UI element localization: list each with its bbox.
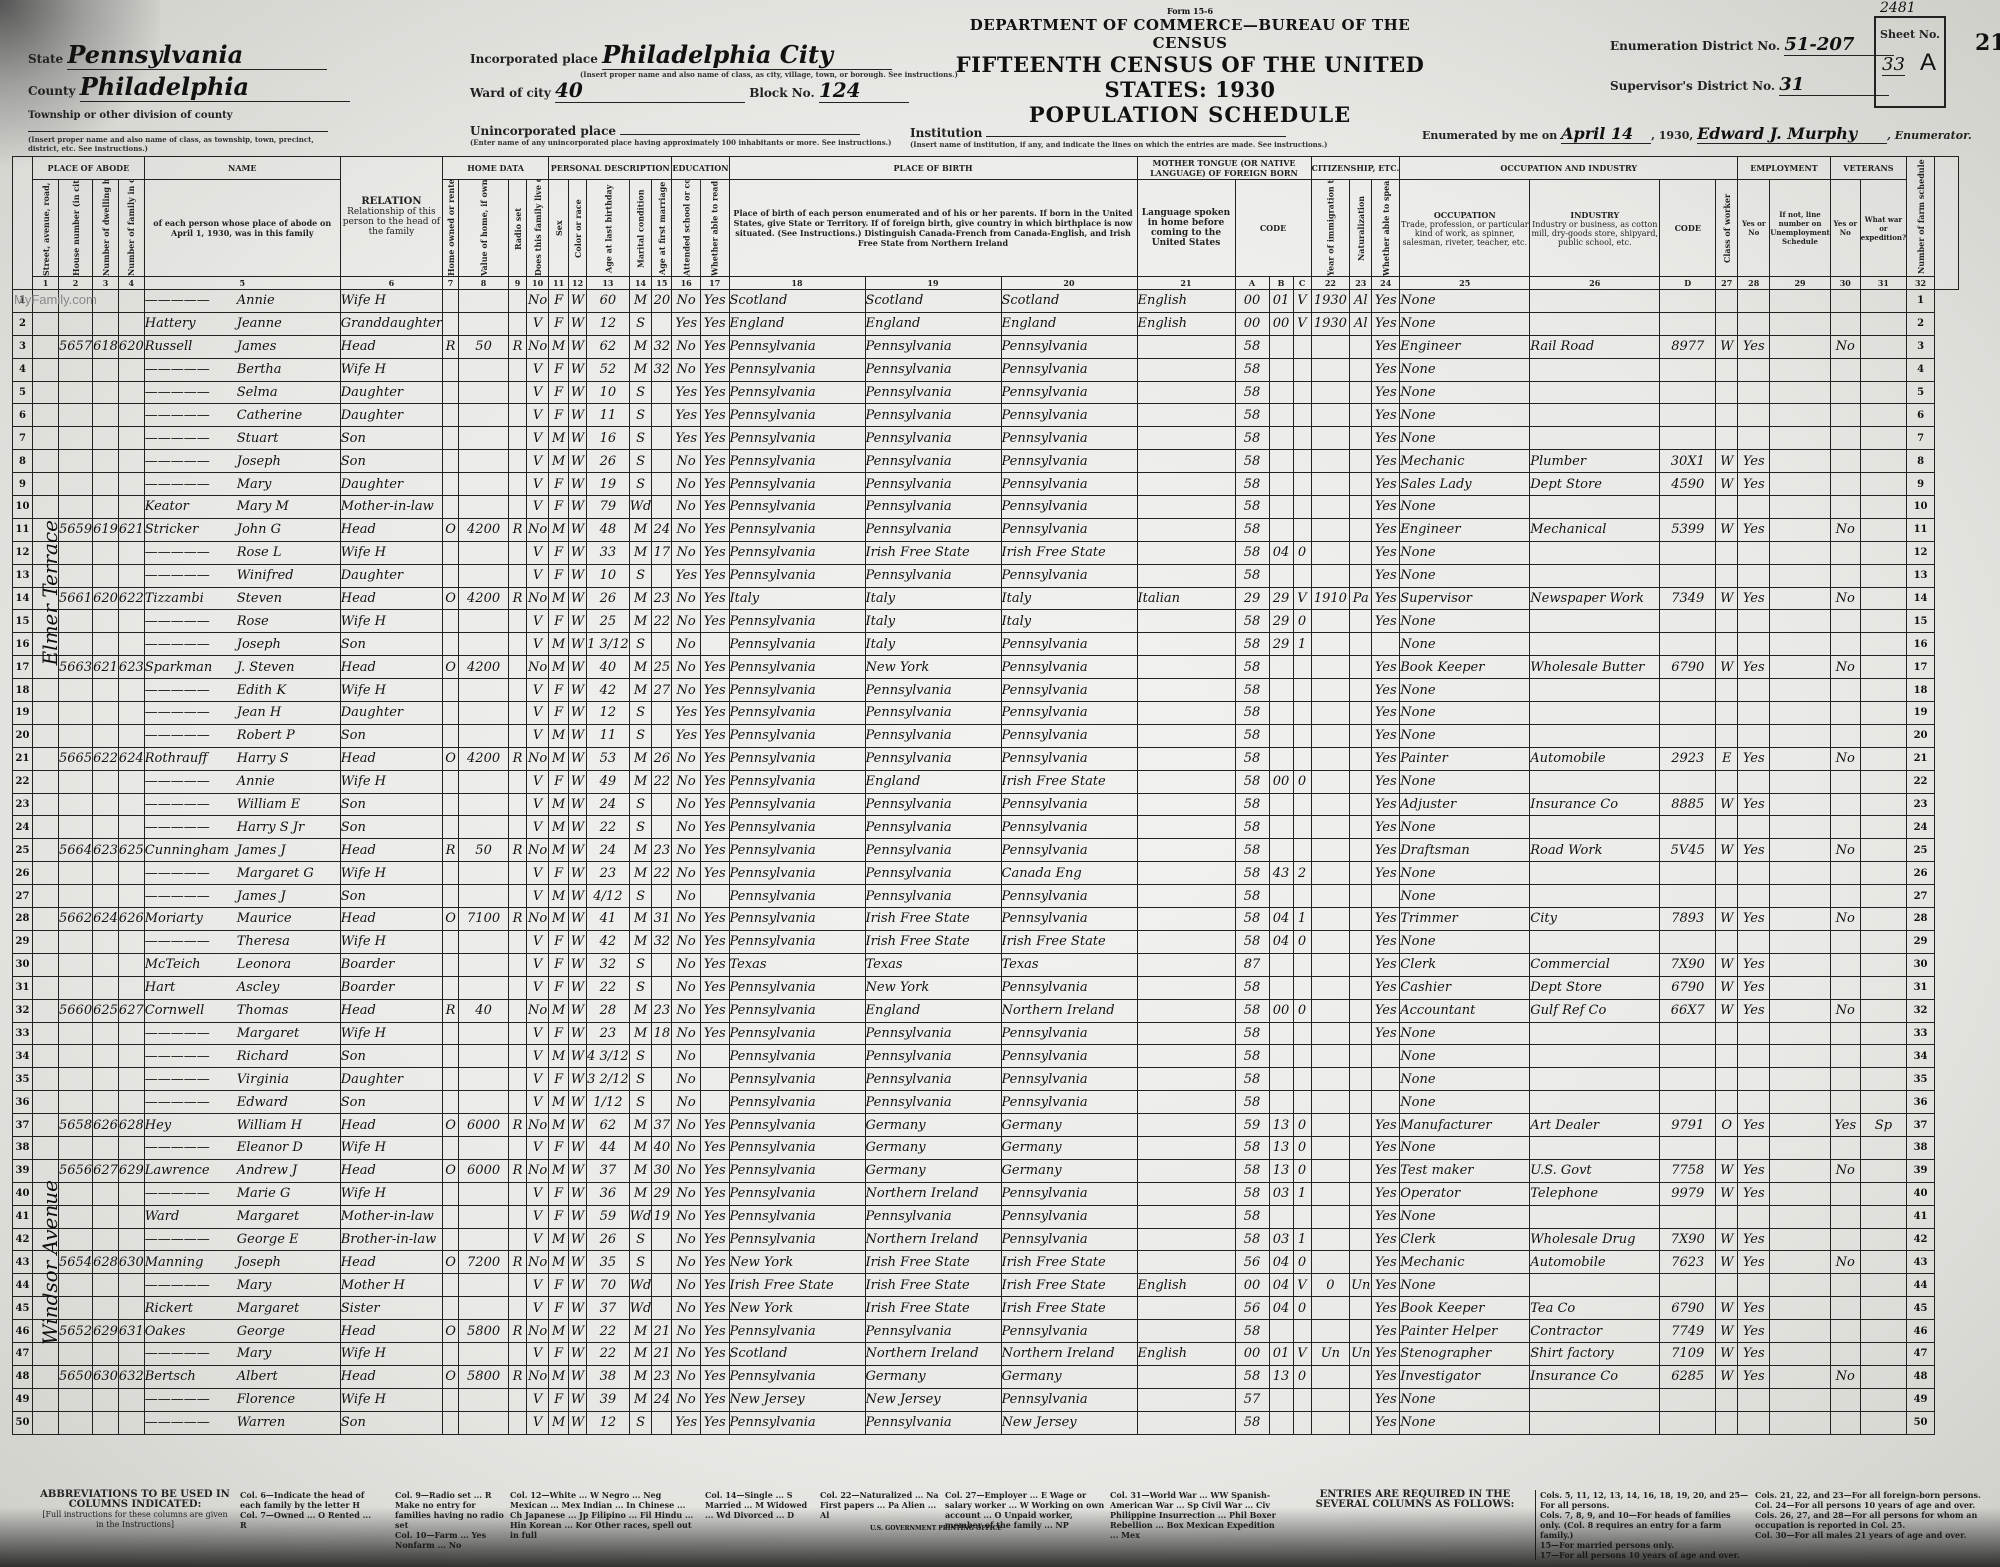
cell-nat xyxy=(1350,724,1372,747)
given-name: Rose xyxy=(237,614,269,629)
cell-marital: S xyxy=(629,564,652,587)
scan-shadow-bottom xyxy=(0,1507,2000,1567)
cell-age: 36 xyxy=(587,1182,630,1205)
cell-house xyxy=(59,312,93,335)
institution-label: Institution xyxy=(910,126,982,140)
cell-unemp xyxy=(1770,1388,1831,1411)
cell-name: —————Mary xyxy=(144,1342,340,1365)
surname: ————— xyxy=(145,431,237,446)
cell-sex: F xyxy=(549,290,569,313)
cell-agem: 32 xyxy=(652,930,672,953)
cell-farm: V xyxy=(527,473,549,496)
cell-eng: Yes xyxy=(1372,1114,1400,1137)
cell-eng: Yes xyxy=(1372,1136,1400,1159)
cell-name: RothrauffHarry S xyxy=(144,747,340,770)
cell-agem xyxy=(652,1068,672,1091)
cell-cls xyxy=(1716,679,1738,702)
cell-agem xyxy=(652,381,672,404)
cell-house xyxy=(59,404,93,427)
surname: ————— xyxy=(145,1278,237,1293)
col-house: House number (in cities or towns) xyxy=(59,180,93,277)
cell-cc xyxy=(1293,1320,1311,1343)
table-row: 6—————CatherineDaughterVFW11SYesYesPenns… xyxy=(13,404,1959,427)
cell-name: —————Harry S Jr xyxy=(144,816,340,839)
table-row: 5—————SelmaDaughterVFW10SYesYesPennsylva… xyxy=(13,381,1959,404)
cell-ca: 58 xyxy=(1235,999,1269,1022)
cell-dwelling xyxy=(93,633,119,656)
cell-cls: W xyxy=(1716,999,1738,1022)
line-number: 18 xyxy=(13,679,33,702)
cell-ind: Road Work xyxy=(1530,839,1660,862)
cell-name: HatteryJeanne xyxy=(144,312,340,335)
cell-code: 4590 xyxy=(1660,473,1716,496)
cell-vet: No xyxy=(1830,908,1860,931)
cell-vet: No xyxy=(1830,656,1860,679)
cell-dwelling xyxy=(93,679,119,702)
institution-field: Institution (Insert name of institution,… xyxy=(910,126,1327,149)
cell-nat xyxy=(1350,1251,1372,1274)
cell-emp: Yes xyxy=(1738,908,1770,931)
cell-code xyxy=(1660,1274,1716,1297)
given-name: Annie xyxy=(237,774,275,789)
cell-fpob: Scotland xyxy=(865,290,1001,313)
cell-cb xyxy=(1269,679,1293,702)
cell-lang xyxy=(1137,976,1235,999)
cell-cb xyxy=(1269,1091,1293,1114)
cell-name: —————Rose L xyxy=(144,541,340,564)
cell-occ: Clerk xyxy=(1400,953,1530,976)
cell-value xyxy=(459,1182,509,1205)
given-name: Florence xyxy=(237,1392,295,1407)
cell-relation: Head xyxy=(340,999,442,1022)
cell-value: 4200 xyxy=(459,587,509,610)
cell-occ: None xyxy=(1400,1091,1530,1114)
cell-ind xyxy=(1530,610,1660,633)
cell-read: Yes xyxy=(700,427,729,450)
right-line-number: 38 xyxy=(1907,1136,1935,1159)
cell-radio xyxy=(509,999,527,1022)
county-value: Philadelphia xyxy=(80,72,350,102)
cell-emp xyxy=(1738,496,1770,519)
cell-nat xyxy=(1350,953,1372,976)
cell-marital: M xyxy=(629,1342,652,1365)
cell-emp xyxy=(1738,564,1770,587)
cell-owned xyxy=(443,1228,459,1251)
surname: ————— xyxy=(145,1186,237,1201)
cell-family xyxy=(118,312,144,335)
cell-fpob: Northern Ireland xyxy=(865,1228,1001,1251)
cell-family xyxy=(118,1297,144,1320)
cell-lang xyxy=(1137,1365,1235,1388)
cell-eng: Yes xyxy=(1372,770,1400,793)
cell-war xyxy=(1860,1274,1906,1297)
line-number: 16 xyxy=(13,633,33,656)
cell-sex: F xyxy=(549,930,569,953)
cell-age: 10 xyxy=(587,381,630,404)
cell-house xyxy=(59,1388,93,1411)
cell-cc: 0 xyxy=(1293,770,1311,793)
cell-ind: Tea Co xyxy=(1530,1297,1660,1320)
cell-code: 6790 xyxy=(1660,656,1716,679)
cell-unemp xyxy=(1770,381,1831,404)
cell-house xyxy=(59,1182,93,1205)
cell-imm xyxy=(1311,1022,1350,1045)
cell-family xyxy=(118,930,144,953)
cell-value xyxy=(459,312,509,335)
cell-marital: S xyxy=(629,976,652,999)
cell-cc: 1 xyxy=(1293,1182,1311,1205)
cell-cb xyxy=(1269,793,1293,816)
cell-marital: S xyxy=(629,473,652,496)
cell-unemp xyxy=(1770,816,1831,839)
cell-farm: No xyxy=(527,587,549,610)
right-line-number: 48 xyxy=(1907,1365,1935,1388)
cell-pob: Pennsylvania xyxy=(729,381,865,404)
cell-mpob: Italy xyxy=(1001,587,1137,610)
cell-code: 7X90 xyxy=(1660,1228,1716,1251)
cell-vet xyxy=(1830,930,1860,953)
cell-dwelling xyxy=(93,885,119,908)
cell-cls: W xyxy=(1716,335,1738,358)
cell-age: 39 xyxy=(587,1388,630,1411)
cell-owned xyxy=(443,473,459,496)
table-row: 325660625627CornwellThomasHeadR40NoMW28M… xyxy=(13,999,1959,1022)
cell-agem xyxy=(652,473,672,496)
line-number: 21 xyxy=(13,747,33,770)
cell-marital: S xyxy=(629,427,652,450)
right-line-number: 19 xyxy=(1907,702,1935,725)
cell-cc xyxy=(1293,381,1311,404)
cell-color: W xyxy=(569,1365,587,1388)
cell-cls: W xyxy=(1716,587,1738,610)
cell-owned: O xyxy=(443,747,459,770)
cell-emp xyxy=(1738,1205,1770,1228)
cell-age: 4/12 xyxy=(587,885,630,908)
cell-eng: Yes xyxy=(1372,793,1400,816)
cell-emp: Yes xyxy=(1738,1228,1770,1251)
cell-ca: 00 xyxy=(1235,312,1269,335)
given-name: Edith K xyxy=(237,683,286,698)
cell-school: No xyxy=(672,1365,701,1388)
cell-school: No xyxy=(672,770,701,793)
cell-cls: W xyxy=(1716,976,1738,999)
cell-owned xyxy=(443,427,459,450)
cell-dwelling xyxy=(93,724,119,747)
surname: ————— xyxy=(145,545,237,560)
cell-unemp xyxy=(1770,656,1831,679)
cell-marital: M xyxy=(629,541,652,564)
table-row: 15—————RoseWife HVFW25M22NoYesPennsylvan… xyxy=(13,610,1959,633)
cell-cc: 0 xyxy=(1293,999,1311,1022)
cell-cc xyxy=(1293,816,1311,839)
cell-relation: Head xyxy=(340,656,442,679)
cell-family xyxy=(118,1045,144,1068)
cell-name: —————Mary xyxy=(144,1274,340,1297)
cell-ind xyxy=(1530,404,1660,427)
cell-fpob: Pennsylvania xyxy=(865,1320,1001,1343)
given-name: James xyxy=(237,339,277,354)
cell-street xyxy=(33,770,59,793)
cell-cb xyxy=(1269,747,1293,770)
line-number: 40 xyxy=(13,1182,33,1205)
cell-ca: 58 xyxy=(1235,496,1269,519)
cell-street xyxy=(33,358,59,381)
cell-farm: V xyxy=(527,702,549,725)
cell-radio xyxy=(509,1091,527,1114)
cell-lang xyxy=(1137,1411,1235,1434)
cell-emp xyxy=(1738,541,1770,564)
cell-marital: M xyxy=(629,1182,652,1205)
right-line-number: 11 xyxy=(1907,518,1935,541)
cell-marital: M xyxy=(629,747,652,770)
cell-radio xyxy=(509,633,527,656)
cell-relation: Son xyxy=(340,724,442,747)
cell-vet xyxy=(1830,427,1860,450)
cell-cc: 0 xyxy=(1293,1114,1311,1137)
cell-owned: O xyxy=(443,587,459,610)
cell-cls xyxy=(1716,381,1738,404)
cell-lang xyxy=(1137,1136,1235,1159)
cell-pob: Scotland xyxy=(729,1342,865,1365)
cell-age: 32 xyxy=(587,953,630,976)
col-radio: Radio set xyxy=(509,180,527,277)
cell-color: W xyxy=(569,335,587,358)
cell-occ: None xyxy=(1400,862,1530,885)
surname: Keator xyxy=(145,499,237,514)
column-number: 20 xyxy=(1001,277,1137,290)
cell-street xyxy=(33,793,59,816)
cell-eng: Yes xyxy=(1372,404,1400,427)
column-number: 22 xyxy=(1311,277,1350,290)
cell-cc xyxy=(1293,1205,1311,1228)
cell-dwelling: 620 xyxy=(93,587,119,610)
cell-value xyxy=(459,1297,509,1320)
cell-mpob: Texas xyxy=(1001,953,1137,976)
cell-agem: 17 xyxy=(652,541,672,564)
cell-color: W xyxy=(569,1182,587,1205)
table-row: 4—————BerthaWife HVFW52M32NoYesPennsylva… xyxy=(13,358,1959,381)
cell-ind: U.S. Govt xyxy=(1530,1159,1660,1182)
cell-agem: 27 xyxy=(652,679,672,702)
cell-pob: Pennsylvania xyxy=(729,473,865,496)
cell-read: Yes xyxy=(700,496,729,519)
cell-pob: New York xyxy=(729,1251,865,1274)
cell-school: No xyxy=(672,953,701,976)
cell-cls xyxy=(1716,1068,1738,1091)
cell-imm xyxy=(1311,793,1350,816)
table-row: 13—————WinifredDaughterVFW10SYesYesPenns… xyxy=(13,564,1959,587)
cell-unemp xyxy=(1770,496,1831,519)
cell-fpob: New York xyxy=(865,976,1001,999)
cell-name: LawrenceAndrew J xyxy=(144,1159,340,1182)
cell-value: 4200 xyxy=(459,747,509,770)
col-birth-desc: Place of birth of each person enumerated… xyxy=(729,180,1137,277)
cell-occ: Stenographer xyxy=(1400,1342,1530,1365)
cell-unemp xyxy=(1770,1320,1831,1343)
cell-color: W xyxy=(569,724,587,747)
cell-war xyxy=(1860,679,1906,702)
cell-unemp xyxy=(1770,930,1831,953)
cell-school: No xyxy=(672,335,701,358)
cell-imm xyxy=(1311,450,1350,473)
column-number: 5 xyxy=(144,277,340,290)
given-name: Mary M xyxy=(237,499,289,514)
cell-value xyxy=(459,1342,509,1365)
cell-cc xyxy=(1293,1411,1311,1434)
cell-school: No xyxy=(672,633,701,656)
cell-owned xyxy=(443,885,459,908)
cell-lang xyxy=(1137,1251,1235,1274)
cell-marital: M xyxy=(629,1159,652,1182)
cell-farm: V xyxy=(527,1136,549,1159)
cell-agem xyxy=(652,1411,672,1434)
right-line-number: 12 xyxy=(1907,541,1935,564)
cell-age: 16 xyxy=(587,427,630,450)
col-family: Number of family in order of visitation xyxy=(118,180,144,277)
cell-street xyxy=(33,1091,59,1114)
cell-name: —————Annie xyxy=(144,770,340,793)
right-line-number: 5 xyxy=(1907,381,1935,404)
cell-cc xyxy=(1293,564,1311,587)
cell-owned xyxy=(443,1342,459,1365)
cell-age: 23 xyxy=(587,862,630,885)
cell-vet xyxy=(1830,290,1860,313)
cell-value xyxy=(459,404,509,427)
cell-family: 620 xyxy=(118,335,144,358)
line-number: 5 xyxy=(13,381,33,404)
right-line-number: 43 xyxy=(1907,1251,1935,1274)
cell-cb: 03 xyxy=(1269,1182,1293,1205)
cell-name: —————Robert P xyxy=(144,724,340,747)
cell-emp xyxy=(1738,885,1770,908)
cell-ca: 87 xyxy=(1235,953,1269,976)
cell-eng: Yes xyxy=(1372,358,1400,381)
cell-name: —————Catherine xyxy=(144,404,340,427)
right-line-number: 8 xyxy=(1907,450,1935,473)
given-name: Stuart xyxy=(237,431,279,446)
cell-cls xyxy=(1716,610,1738,633)
cell-cb: 01 xyxy=(1269,290,1293,313)
cell-agem xyxy=(652,976,672,999)
cell-marital: S xyxy=(629,702,652,725)
cell-school: Yes xyxy=(672,312,701,335)
surname: ————— xyxy=(145,637,237,652)
cell-cls xyxy=(1716,885,1738,908)
cell-imm xyxy=(1311,999,1350,1022)
cell-dwelling xyxy=(93,1274,119,1297)
cell-color: W xyxy=(569,793,587,816)
cell-fpob: Pennsylvania xyxy=(865,679,1001,702)
cell-ind xyxy=(1530,1388,1660,1411)
cell-cls xyxy=(1716,290,1738,313)
cell-cls xyxy=(1716,404,1738,427)
cell-dwelling: 627 xyxy=(93,1159,119,1182)
cell-lang xyxy=(1137,862,1235,885)
cell-occ: None xyxy=(1400,702,1530,725)
cell-unemp xyxy=(1770,633,1831,656)
cell-school: No xyxy=(672,1045,701,1068)
cell-emp: Yes xyxy=(1738,335,1770,358)
line-number: 13 xyxy=(13,564,33,587)
given-name: Marie G xyxy=(237,1186,291,1201)
cell-house: 5664 xyxy=(59,839,93,862)
col-language: Language spoken in home before coming to… xyxy=(1137,180,1235,277)
cell-color: W xyxy=(569,610,587,633)
cell-ind: Commercial xyxy=(1530,953,1660,976)
table-row: 285662624626MoriartyMauriceHeadO7100RNoM… xyxy=(13,908,1959,931)
cell-lang xyxy=(1137,885,1235,908)
cell-owned xyxy=(443,1297,459,1320)
surname: Ward xyxy=(145,1209,237,1224)
cell-family: 626 xyxy=(118,908,144,931)
cell-relation: Son xyxy=(340,793,442,816)
cell-dwelling xyxy=(93,816,119,839)
cell-sex: F xyxy=(549,976,569,999)
cell-name: McTeichLeonora xyxy=(144,953,340,976)
given-name: Steven xyxy=(237,591,282,606)
cell-name: RussellJames xyxy=(144,335,340,358)
cell-mpob: Pennsylvania xyxy=(1001,358,1137,381)
cell-mpob: Pennsylvania xyxy=(1001,633,1137,656)
cell-cb: 01 xyxy=(1269,1342,1293,1365)
cell-read: Yes xyxy=(700,1342,729,1365)
right-line-number: 46 xyxy=(1907,1320,1935,1343)
right-line-number: 10 xyxy=(1907,496,1935,519)
cell-family xyxy=(118,381,144,404)
cell-occ: Manufacturer xyxy=(1400,1114,1530,1137)
cell-war xyxy=(1860,1205,1906,1228)
cell-agem xyxy=(652,404,672,427)
cell-family xyxy=(118,473,144,496)
cell-family xyxy=(118,1274,144,1297)
given-name: Harry S xyxy=(237,751,289,766)
cell-read: Yes xyxy=(700,976,729,999)
cell-color: W xyxy=(569,1022,587,1045)
cell-age: 52 xyxy=(587,358,630,381)
cell-family xyxy=(118,953,144,976)
cell-cls: W xyxy=(1716,1182,1738,1205)
cell-age: 53 xyxy=(587,747,630,770)
cell-mpob: Irish Free State xyxy=(1001,770,1137,793)
cell-age: 26 xyxy=(587,450,630,473)
cell-emp: Yes xyxy=(1738,473,1770,496)
cell-ind xyxy=(1530,1045,1660,1068)
cell-value: 7200 xyxy=(459,1251,509,1274)
cell-lang xyxy=(1137,496,1235,519)
cell-name: —————Margaret xyxy=(144,1022,340,1045)
cell-school: No xyxy=(672,1205,701,1228)
cell-street xyxy=(33,1022,59,1045)
cell-eng: Yes xyxy=(1372,312,1400,335)
cell-cc: V xyxy=(1293,1342,1311,1365)
cell-nat xyxy=(1350,427,1372,450)
cell-color: W xyxy=(569,473,587,496)
cell-family xyxy=(118,404,144,427)
cell-read: Yes xyxy=(700,747,729,770)
cell-radio xyxy=(509,610,527,633)
cell-radio xyxy=(509,1274,527,1297)
cell-mpob: Pennsylvania xyxy=(1001,1388,1137,1411)
cell-eng: Yes xyxy=(1372,953,1400,976)
group-relation: RELATIONRelationship of this person to t… xyxy=(340,157,442,277)
column-number: 26 xyxy=(1530,277,1660,290)
cell-cls: W xyxy=(1716,793,1738,816)
column-number: 18 xyxy=(729,277,865,290)
cell-mpob: Pennsylvania xyxy=(1001,1205,1137,1228)
cell-family xyxy=(118,885,144,908)
cell-marital: S xyxy=(629,1068,652,1091)
cell-cb xyxy=(1269,427,1293,450)
